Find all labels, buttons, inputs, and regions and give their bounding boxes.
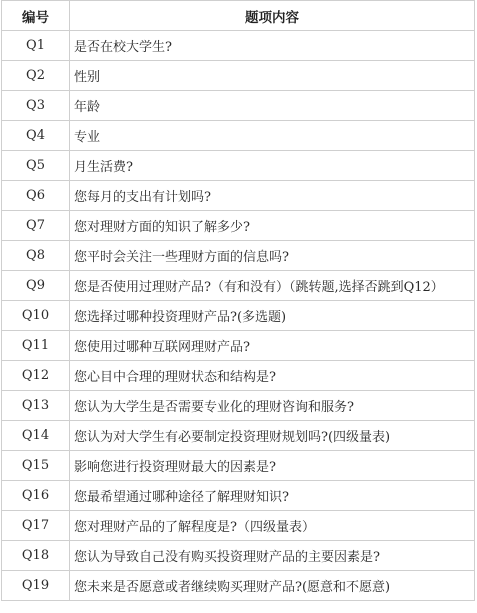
question-id: Q7	[2, 211, 70, 241]
question-id: Q18	[2, 541, 70, 571]
question-id: Q17	[2, 511, 70, 541]
table-row: Q16您最希望通过哪种途径了解理财知识?	[2, 481, 475, 511]
question-id: Q8	[2, 241, 70, 271]
question-content: 年龄	[70, 91, 475, 121]
table-row: Q2性别	[2, 61, 475, 91]
table-row: Q18您认为导致自己没有购买投资理财产品的主要因素是?	[2, 541, 475, 571]
question-content: 月生活费?	[70, 151, 475, 181]
question-id: Q11	[2, 331, 70, 361]
table-row: Q14您认为对大学生有必要制定投资理财规划吗?(四级量表)	[2, 421, 475, 451]
table-row: Q19您未来是否愿意或者继续购买理财产品?(愿意和不愿意)	[2, 571, 475, 601]
question-content: 您认为导致自己没有购买投资理财产品的主要因素是?	[70, 541, 475, 571]
question-id: Q9	[2, 271, 70, 301]
table-body: Q1是否在校大学生?Q2性别Q3年龄Q4专业Q5月生活费?Q6您每月的支出有计划…	[2, 31, 475, 601]
question-id: Q6	[2, 181, 70, 211]
question-id: Q16	[2, 481, 70, 511]
question-id: Q1	[2, 31, 70, 61]
question-content: 是否在校大学生?	[70, 31, 475, 61]
table-header-row: 编号 题项内容	[2, 1, 475, 31]
question-content: 您平时会关注一些理财方面的信息吗?	[70, 241, 475, 271]
question-id: Q13	[2, 391, 70, 421]
table-row: Q5月生活费?	[2, 151, 475, 181]
question-content: 您对理财产品的了解程度是?（四级量表）	[70, 511, 475, 541]
table-row: Q9您是否使用过理财产品?（有和没有）（跳转题,选择否跳到Q12）	[2, 271, 475, 301]
question-id: Q4	[2, 121, 70, 151]
question-content: 影响您进行投资理财最大的因素是?	[70, 451, 475, 481]
question-content: 您每月的支出有计划吗?	[70, 181, 475, 211]
question-id: Q12	[2, 361, 70, 391]
table-row: Q4专业	[2, 121, 475, 151]
question-content: 性别	[70, 61, 475, 91]
question-id: Q3	[2, 91, 70, 121]
table-row: Q13您认为大学生是否需要专业化的理财咨询和服务?	[2, 391, 475, 421]
question-id: Q10	[2, 301, 70, 331]
question-content: 您使用过哪种互联网理财产品?	[70, 331, 475, 361]
table-row: Q8您平时会关注一些理财方面的信息吗?	[2, 241, 475, 271]
table-row: Q11您使用过哪种互联网理财产品?	[2, 331, 475, 361]
header-content: 题项内容	[70, 1, 475, 31]
question-id: Q14	[2, 421, 70, 451]
questionnaire-items-table: 编号 题项内容 Q1是否在校大学生?Q2性别Q3年龄Q4专业Q5月生活费?Q6您…	[1, 0, 475, 601]
question-id: Q2	[2, 61, 70, 91]
question-content: 您选择过哪种投资理财产品?(多选题)	[70, 301, 475, 331]
question-content: 您认为对大学生有必要制定投资理财规划吗?(四级量表)	[70, 421, 475, 451]
question-content: 您未来是否愿意或者继续购买理财产品?(愿意和不愿意)	[70, 571, 475, 601]
question-id: Q15	[2, 451, 70, 481]
table-row: Q6您每月的支出有计划吗?	[2, 181, 475, 211]
question-content: 专业	[70, 121, 475, 151]
table-row: Q10您选择过哪种投资理财产品?(多选题)	[2, 301, 475, 331]
question-id: Q5	[2, 151, 70, 181]
question-content: 您是否使用过理财产品?（有和没有）（跳转题,选择否跳到Q12）	[70, 271, 475, 301]
question-content: 您认为大学生是否需要专业化的理财咨询和服务?	[70, 391, 475, 421]
question-content: 您最希望通过哪种途径了解理财知识?	[70, 481, 475, 511]
table-row: Q15影响您进行投资理财最大的因素是?	[2, 451, 475, 481]
table-row: Q3年龄	[2, 91, 475, 121]
table-row: Q1是否在校大学生?	[2, 31, 475, 61]
table-row: Q17您对理财产品的了解程度是?（四级量表）	[2, 511, 475, 541]
header-id: 编号	[2, 1, 70, 31]
question-id: Q19	[2, 571, 70, 601]
table-row: Q12您心目中合理的理财状态和结构是?	[2, 361, 475, 391]
question-content: 您对理财方面的知识了解多少?	[70, 211, 475, 241]
table-row: Q7您对理财方面的知识了解多少?	[2, 211, 475, 241]
question-content: 您心目中合理的理财状态和结构是?	[70, 361, 475, 391]
